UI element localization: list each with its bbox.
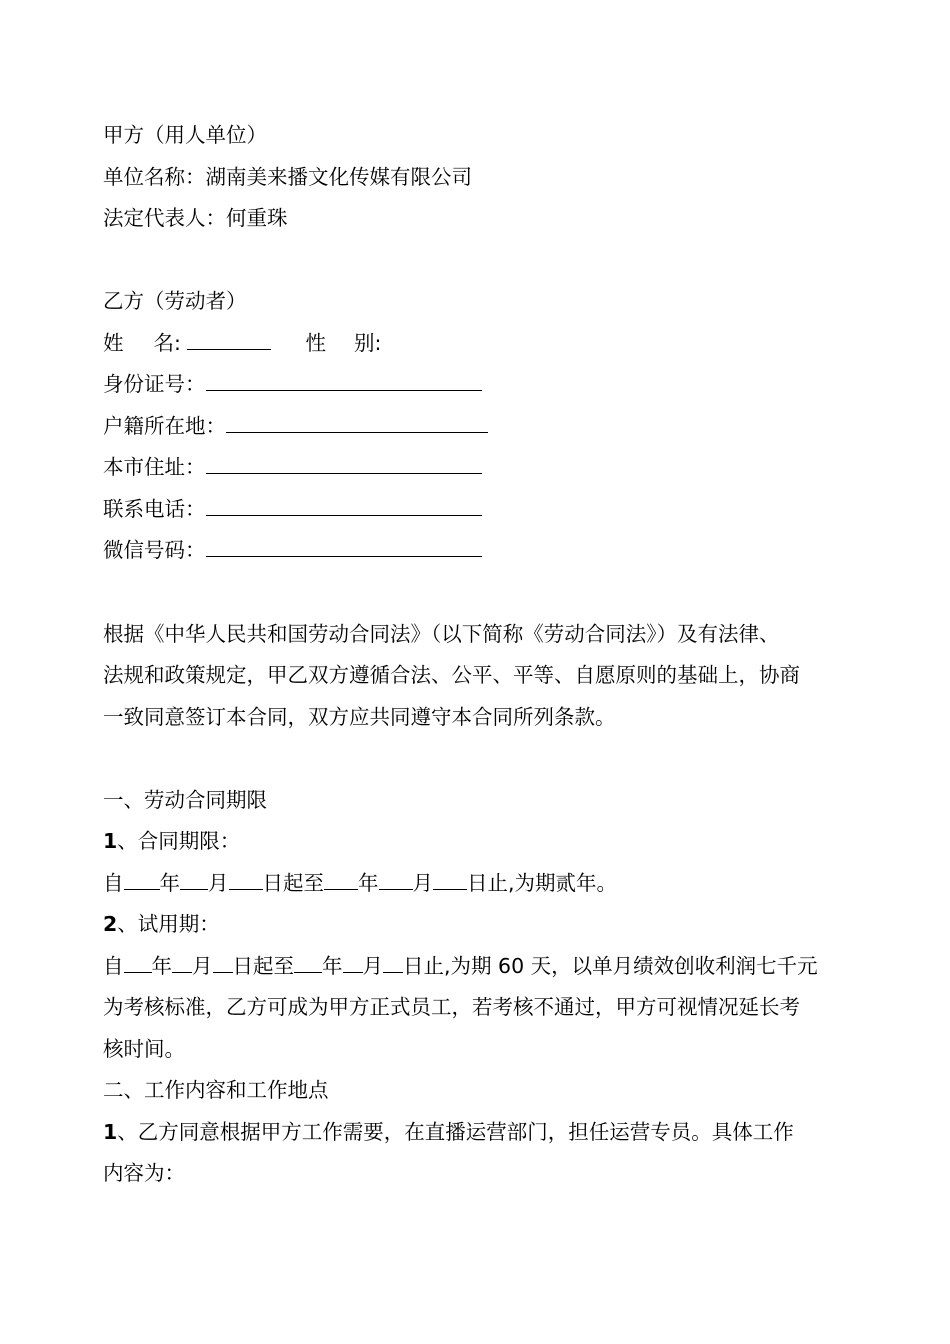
household-label: 户籍所在地： bbox=[103, 414, 226, 438]
item-text: 、乙方同意根据甲方工作需要，在直播运营部门，担任运营专员。具体工作 bbox=[117, 1120, 794, 1144]
trial-end-month-blank[interactable] bbox=[343, 952, 363, 973]
trial-start-day-blank[interactable] bbox=[213, 952, 233, 973]
start-year-blank[interactable] bbox=[124, 869, 160, 890]
company-name-label: 单位名称： bbox=[103, 165, 206, 189]
name-label-char1: 姓 bbox=[103, 331, 124, 355]
name-gender-row: 姓名: 性别: bbox=[103, 329, 381, 357]
from-text: 自 bbox=[103, 871, 124, 895]
trial-rest-line-2: 核时间。 bbox=[103, 1035, 185, 1063]
wechat-label: 微信号码： bbox=[103, 538, 206, 562]
legal-rep-value: 何重珠 bbox=[226, 206, 288, 230]
party-b-heading: 乙方（劳动者） bbox=[103, 287, 247, 315]
address-field[interactable] bbox=[206, 453, 482, 474]
item-number: 1 bbox=[103, 1120, 117, 1144]
job-content-line: 1、乙方同意根据甲方工作需要，在直播运营部门，担任运营专员。具体工作 bbox=[103, 1118, 794, 1146]
contract-page: 甲方（用人单位） 单位名称：湖南美来播文化传媒有限公司 法定代表人：何重珠 乙方… bbox=[0, 0, 950, 1344]
household-field[interactable] bbox=[226, 412, 488, 433]
name-label-char2: 名: bbox=[154, 331, 181, 355]
end-day-blank[interactable] bbox=[433, 869, 467, 890]
legal-rep-row: 法定代表人：何重珠 bbox=[103, 204, 288, 232]
item-label: 、合同期限： bbox=[117, 829, 240, 853]
company-name-value: 湖南美来播文化传媒有限公司 bbox=[206, 165, 473, 189]
trial-period-line: 自年月日起至年月日止,为期 60 天，以单月绩效创收利润七千元 bbox=[103, 952, 818, 980]
job-content-rest: 内容为： bbox=[103, 1159, 185, 1187]
preamble-line-3: 一致同意签订本合同，双方应共同遵守本合同所列条款。 bbox=[103, 703, 616, 731]
item-number: 1 bbox=[103, 829, 117, 853]
trial-end-day-blank[interactable] bbox=[383, 952, 403, 973]
month2-text: 月 bbox=[363, 954, 384, 978]
start-month-blank[interactable] bbox=[180, 869, 208, 890]
day-from-text: 日起至 bbox=[233, 954, 295, 978]
gender-label-char2: 别: bbox=[354, 331, 381, 355]
year-text: 年 bbox=[160, 871, 181, 895]
from-text: 自 bbox=[103, 954, 124, 978]
gender-label-char1: 性 bbox=[305, 331, 326, 355]
phone-field[interactable] bbox=[206, 495, 482, 516]
id-number-label: 身份证号： bbox=[103, 372, 206, 396]
trial-start-month-blank[interactable] bbox=[172, 952, 192, 973]
household-row: 户籍所在地： bbox=[103, 412, 488, 440]
day-from-text: 日起至 bbox=[263, 871, 325, 895]
legal-rep-label: 法定代表人： bbox=[103, 206, 226, 230]
month2-text: 月 bbox=[413, 871, 434, 895]
name-field[interactable] bbox=[187, 329, 271, 350]
year2-text: 年 bbox=[358, 871, 379, 895]
end-year-blank[interactable] bbox=[324, 869, 358, 890]
company-name-row: 单位名称：湖南美来播文化传媒有限公司 bbox=[103, 163, 472, 191]
phone-row: 联系电话： bbox=[103, 495, 482, 523]
contract-term-heading: 1、合同期限： bbox=[103, 827, 240, 855]
day-to-text: 日止,为期贰年。 bbox=[467, 871, 617, 895]
party-a-heading: 甲方（用人单位） bbox=[103, 121, 267, 149]
section-2-title: 二、工作内容和工作地点 bbox=[103, 1076, 329, 1104]
trial-rest-line-1: 为考核标准，乙方可成为甲方正式员工，若考核不通过，甲方可视情况延长考 bbox=[103, 993, 800, 1021]
year-text: 年 bbox=[152, 954, 173, 978]
preamble-line-2: 法规和政策规定，甲乙双方遵循合法、公平、平等、自愿原则的基础上，协商 bbox=[103, 661, 800, 689]
address-label: 本市住址： bbox=[103, 455, 206, 479]
trial-period-heading: 2、试用期： bbox=[103, 910, 220, 938]
month-text: 月 bbox=[192, 954, 213, 978]
month-text: 月 bbox=[208, 871, 229, 895]
trial-start-year-blank[interactable] bbox=[124, 952, 152, 973]
preamble-line-1: 根据《中华人民共和国劳动合同法》（以下简称《劳动合同法》）及有法律、 bbox=[103, 620, 780, 648]
day-to-text: 日止,为期 60 天，以单月绩效创收利润七千元 bbox=[403, 954, 818, 978]
id-number-field[interactable] bbox=[206, 370, 482, 391]
trial-end-year-blank[interactable] bbox=[294, 952, 322, 973]
phone-label: 联系电话： bbox=[103, 497, 206, 521]
end-month-blank[interactable] bbox=[379, 869, 413, 890]
section-1-title: 一、劳动合同期限 bbox=[103, 786, 267, 814]
contract-term-line: 自年月日起至年月日止,为期贰年。 bbox=[103, 869, 617, 897]
wechat-row: 微信号码： bbox=[103, 536, 482, 564]
item-number: 2 bbox=[103, 912, 117, 936]
wechat-field[interactable] bbox=[206, 536, 482, 557]
id-number-row: 身份证号： bbox=[103, 370, 482, 398]
item-label: 、试用期： bbox=[117, 912, 220, 936]
address-row: 本市住址： bbox=[103, 453, 482, 481]
year2-text: 年 bbox=[322, 954, 343, 978]
start-day-blank[interactable] bbox=[229, 869, 263, 890]
